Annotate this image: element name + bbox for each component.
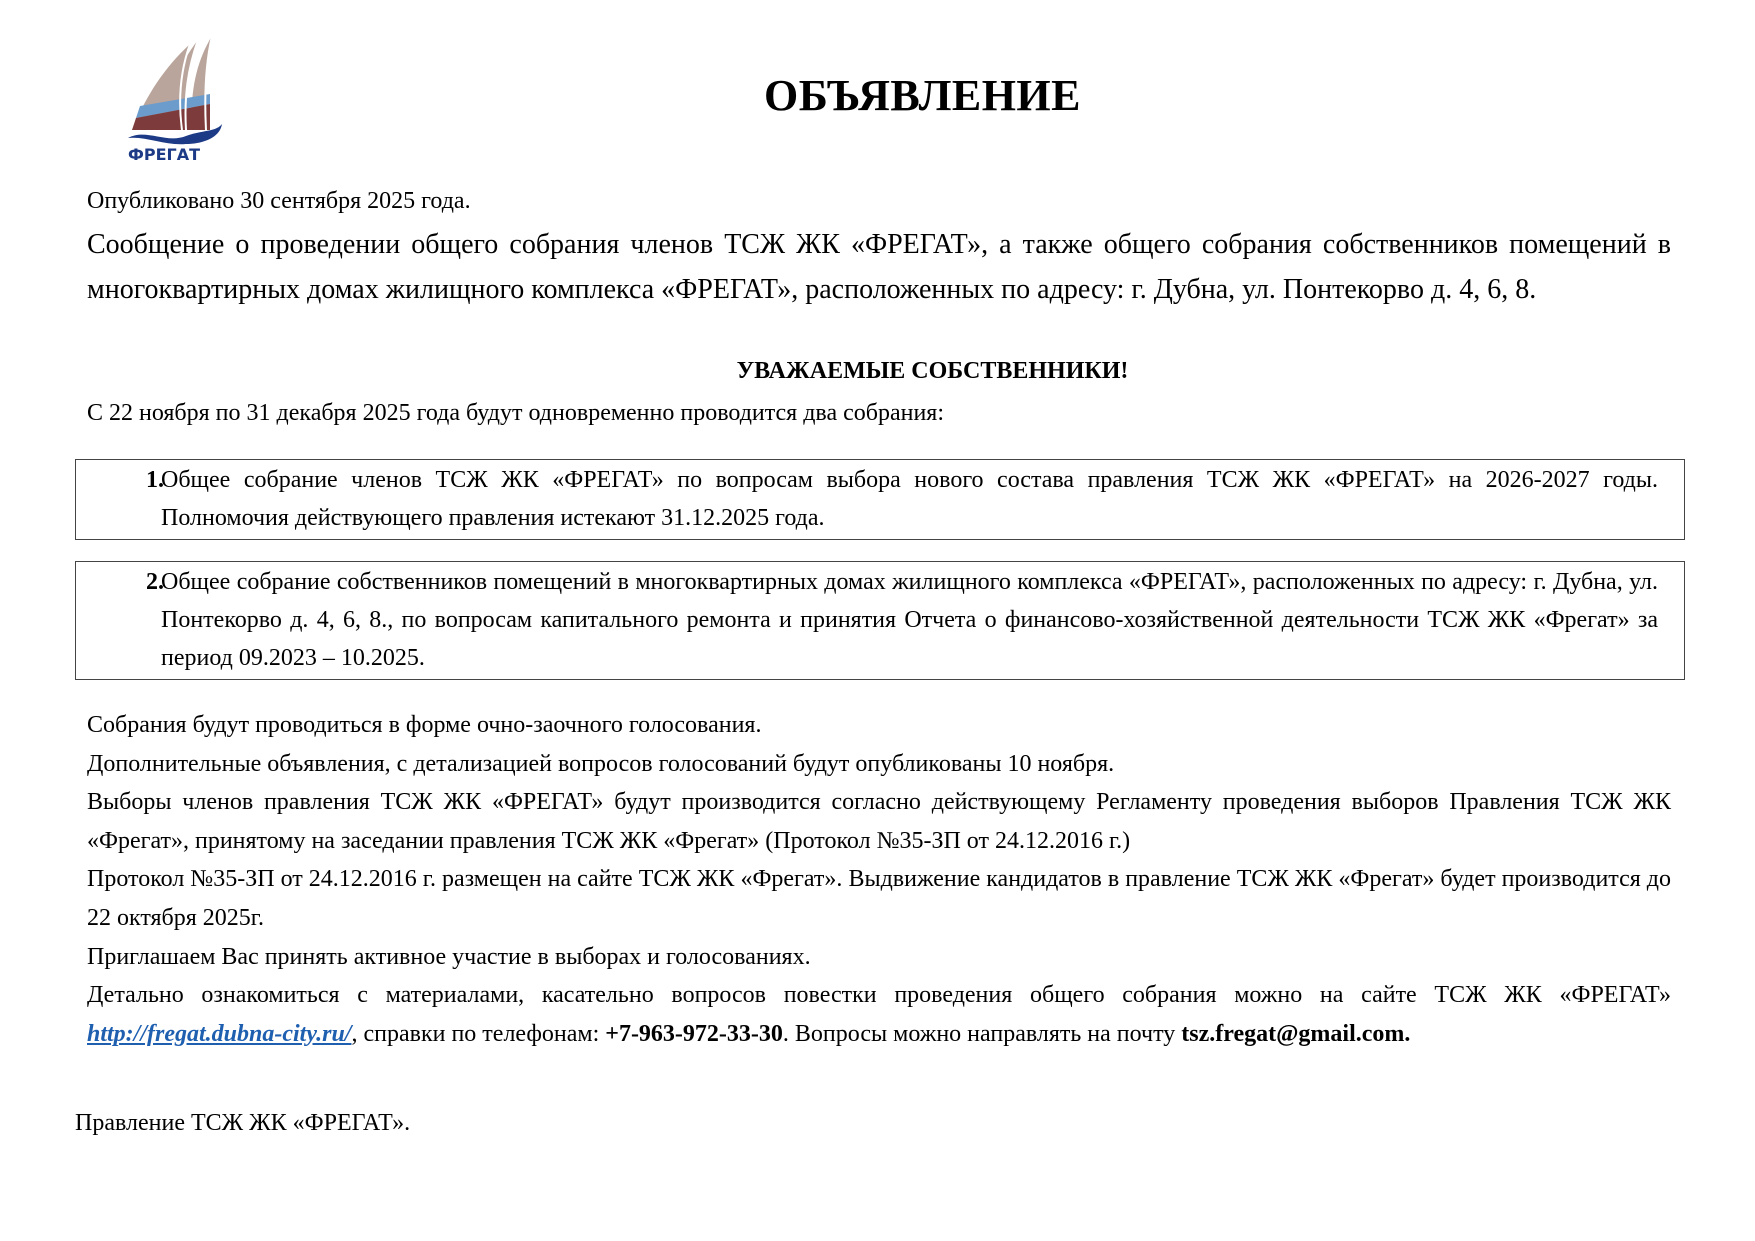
contacts-prefix: Детально ознакомиться с материалами, кас…	[87, 982, 1671, 1008]
meeting-number: 2.	[124, 563, 164, 601]
additional-announcements: Дополнительные объявления, с детализацие…	[87, 745, 1671, 784]
email-address: tsz.fregat@gmail.com.	[1181, 1021, 1410, 1047]
invitation: Приглашаем Вас принять активное участие …	[87, 938, 1671, 977]
meeting-item-1: 1. Общее собрание членов ТСЖ ЖК «ФРЕГАТ»…	[75, 459, 1685, 540]
election-rules: Выборы членов правления ТСЖ ЖК «ФРЕГАТ» …	[87, 783, 1671, 860]
voting-format: Собрания будут проводиться в форме очно-…	[87, 706, 1671, 745]
meeting-description: Общее собрание собственников помещений в…	[161, 563, 1658, 677]
page-title: ОБЪЯВЛЕНИЕ	[0, 70, 1755, 121]
nomination-deadline: Протокол №35-ЗП от 24.12.2016 г. размеще…	[87, 860, 1671, 937]
meeting-number: 1.	[124, 461, 164, 499]
email-prefix: . Вопросы можно направлять на почту	[783, 1021, 1181, 1047]
contacts-paragraph: Детально ознакомиться с материалами, кас…	[87, 976, 1671, 1053]
phone-prefix: , справки по телефонам:	[351, 1021, 605, 1047]
website-link[interactable]: http://fregat.dubna-city.ru/	[87, 1021, 351, 1047]
meeting-description: Общее собрание членов ТСЖ ЖК «ФРЕГАТ» по…	[161, 461, 1658, 537]
phone-number: +7-963-972-33-30	[605, 1021, 783, 1047]
meeting-schedule: С 22 ноября по 31 декабря 2025 года буду…	[87, 400, 944, 427]
published-date: Опубликовано 30 сентября 2025 года.	[87, 188, 471, 215]
announcement-subject: Сообщение о проведении общего собрания ч…	[87, 222, 1671, 312]
announcement-body: Собрания будут проводиться в форме очно-…	[87, 706, 1671, 1053]
signature: Правление ТСЖ ЖК «ФРЕГАТ».	[75, 1110, 410, 1137]
svg-text:ФРЕГАТ: ФРЕГАТ	[128, 145, 200, 162]
greeting-heading: УВАЖАЕМЫЕ СОБСТВЕННИКИ!	[0, 358, 1755, 385]
meeting-item-2: 2. Общее собрание собственников помещени…	[75, 561, 1685, 680]
